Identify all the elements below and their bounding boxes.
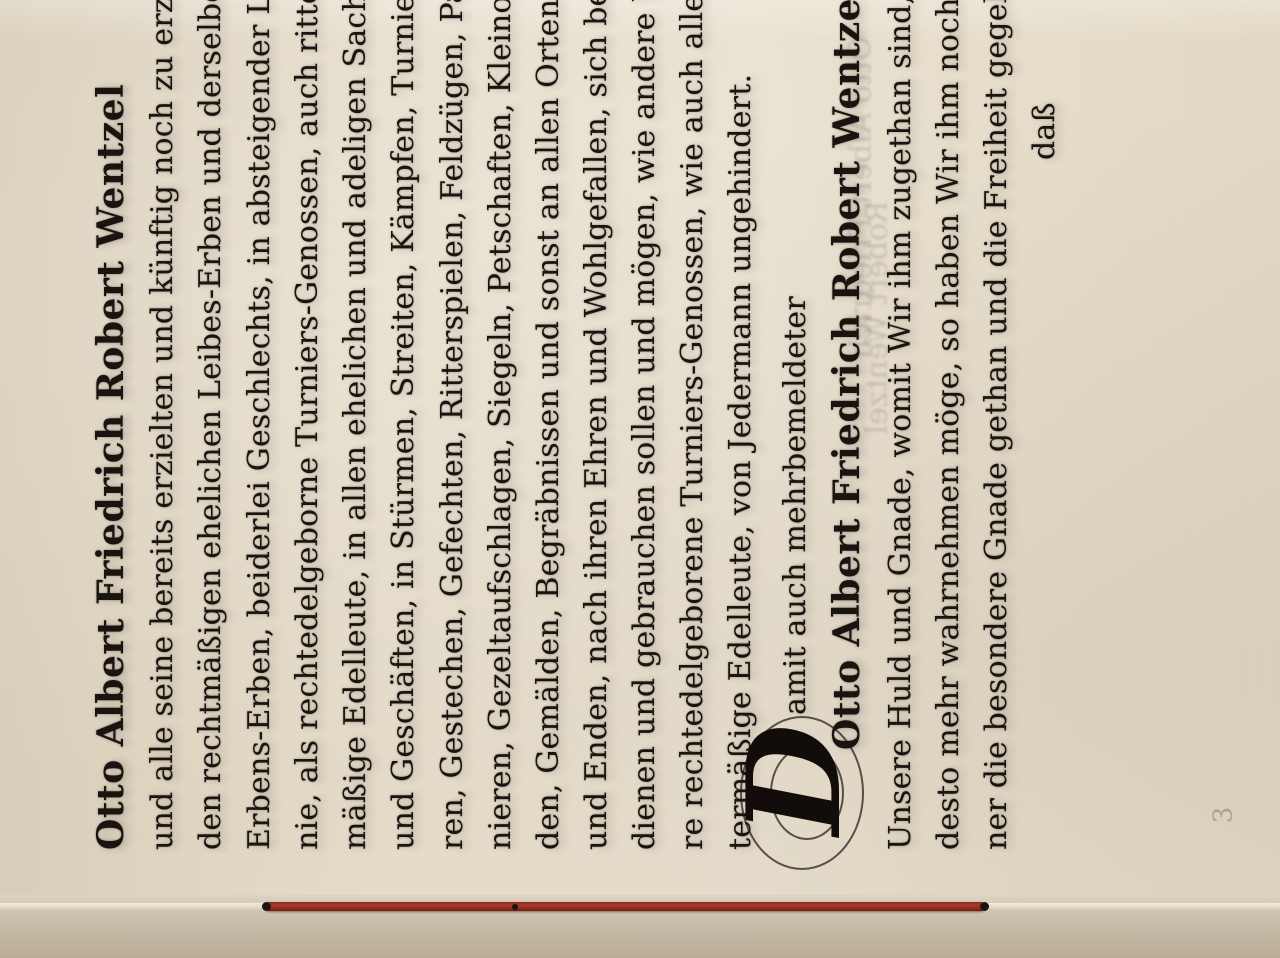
binding-knot [980,902,989,911]
text-line: Unsere Huld und Gnade, womit Wir ihm zug… [883,0,918,850]
text-line: dienen und gebrauchen sollen und mögen, … [627,0,662,850]
text-line: ner die besondere Gnade gethan und die F… [979,0,1014,850]
document-photo: Otto Albert Friedrich Robert Wentzel Ott… [0,0,1280,958]
text-line: Erbens-Erben, beiderlei Geschlechts, in … [242,0,277,850]
text-line: ren, Gestechen, Gefechten, Ritterspielen… [435,0,470,850]
binding-thread [265,902,985,911]
text-line: den, Gemälden, Begräbnissen und sonst an… [531,0,566,850]
text-line: amit auch mehrbemeldeter [778,296,813,715]
document-page: Otto Albert Friedrich Robert Wentzel und… [50,60,1230,880]
catchword: daß [1027,102,1062,160]
binding-knot [262,902,271,911]
text-line: und Geschäften, in Stürmen, Streiten, Kä… [386,0,421,850]
heading-name-2: Otto Albert Friedrich Robert Wentzel [826,0,868,750]
heading-name-1: Otto Albert Friedrich Robert Wentzel [90,84,132,850]
text-line: nieren, Gezeltaufschlagen, Siegeln, Pets… [483,0,518,850]
binding-knot [512,904,518,910]
text-line: desto mehr wahrnehmen möge, so haben Wir… [931,0,966,850]
text-line: und alle seine bereits erzielten und kün… [145,0,180,850]
text-line: den rechtmäßigen ehelichen Leibes-Erben … [193,0,228,850]
page-mark: 3 [1208,807,1238,824]
text-line: nie, als rechtedelgeborne Turniers-Genos… [290,0,325,850]
text-line: re rechtedelgeborene Turniers-Genossen, … [675,0,710,850]
text-line: mäßige Edelleute, in allen ehelichen und… [338,0,373,850]
text-line: und Enden, nach ihren Ehren und Wohlgefa… [579,0,614,850]
